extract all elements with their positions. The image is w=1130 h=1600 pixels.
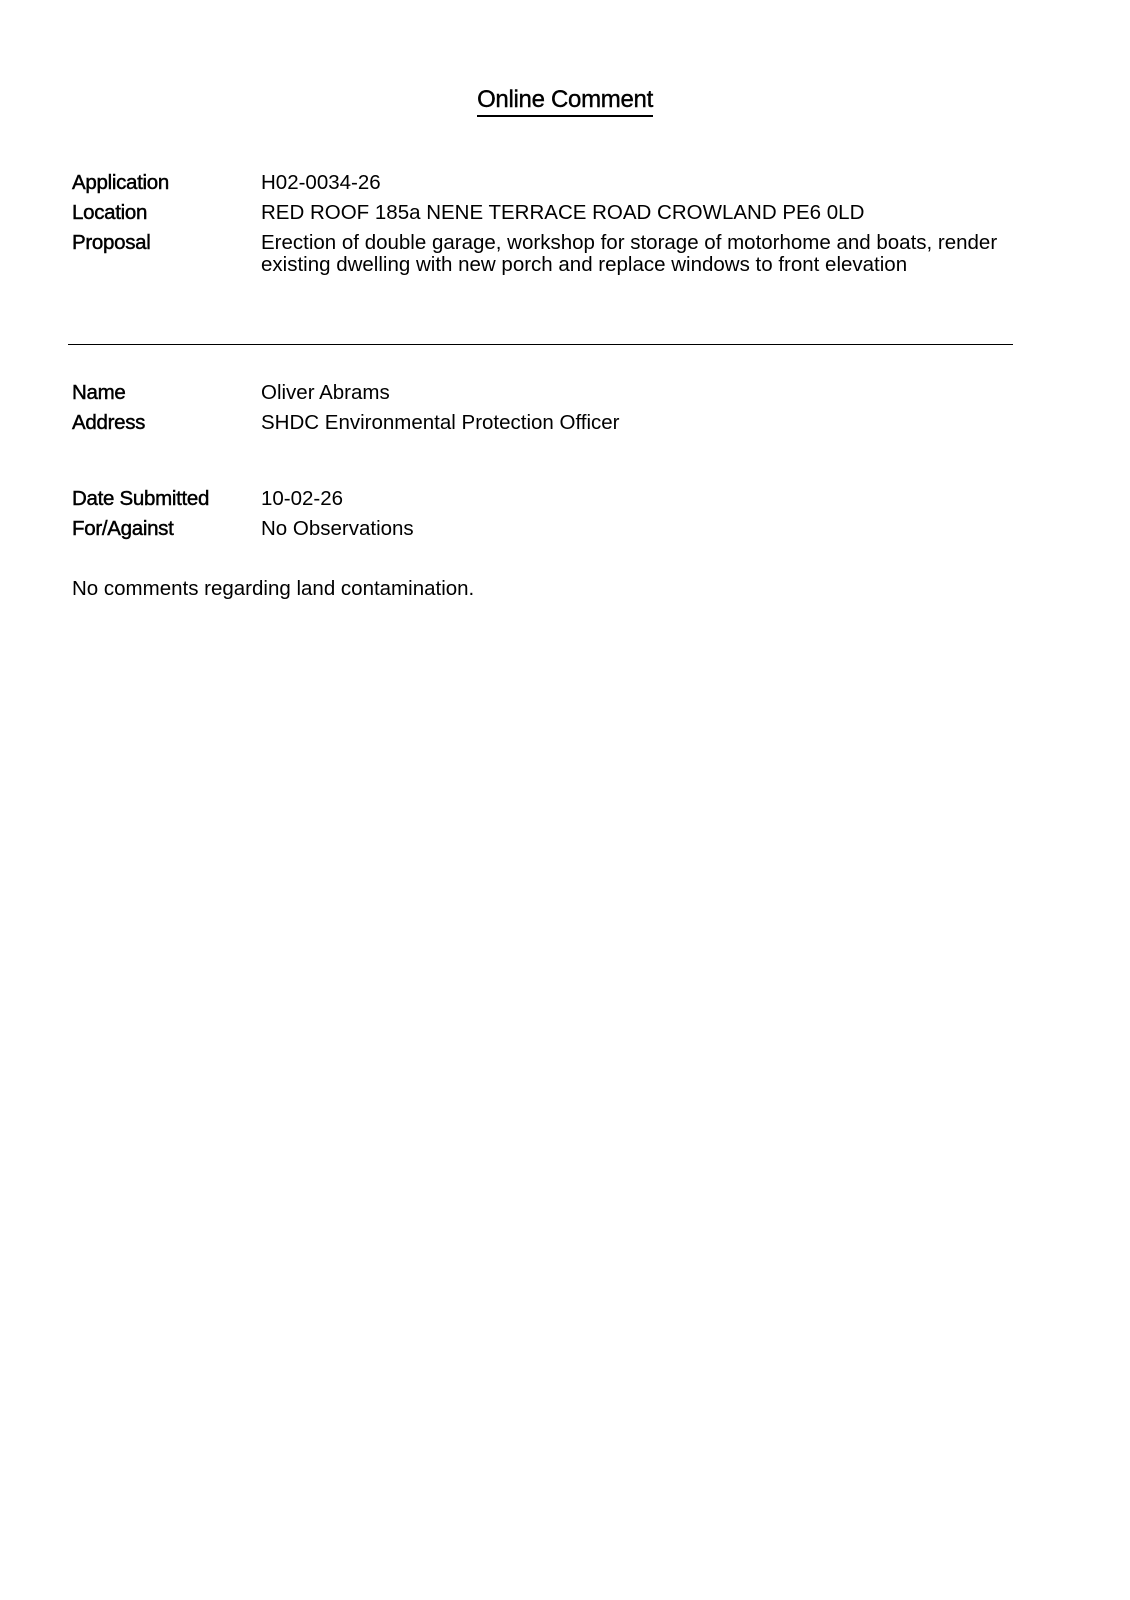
location-label: Location [72,198,261,228]
location-value: RED ROOF 185a NENE TERRACE ROAD CROWLAND… [261,198,1032,228]
name-label: Name [72,378,261,408]
address-value: SHDC Environmental Protection Officer [261,408,1032,438]
address-label: Address [72,408,261,438]
commenter-details: Name Oliver Abrams Address SHDC Environm… [72,378,1032,438]
document-title-text: Online Comment [477,86,653,117]
proposal-label: Proposal [72,228,261,258]
address-row: Address SHDC Environmental Protection Of… [72,408,1032,438]
application-value: H02-0034-26 [261,168,1032,198]
date-submitted-value: 10-02-26 [261,484,1032,514]
proposal-row: Proposal Erection of double garage, work… [72,228,1032,276]
for-against-value: No Observations [261,514,1032,544]
date-submitted-label: Date Submitted [72,484,261,514]
for-against-label: For/Against [72,514,261,544]
name-value: Oliver Abrams [261,378,1032,408]
document-title: Online Comment [0,86,1130,117]
comment-text: No comments regarding land contamination… [72,576,474,602]
location-row: Location RED ROOF 185a NENE TERRACE ROAD… [72,198,1032,228]
for-against-row: For/Against No Observations [72,514,1032,544]
name-row: Name Oliver Abrams [72,378,1032,408]
date-submitted-row: Date Submitted 10-02-26 [72,484,1032,514]
submission-details: Date Submitted 10-02-26 For/Against No O… [72,484,1032,544]
section-divider [68,344,1013,345]
proposal-value: Erection of double garage, workshop for … [261,228,1032,276]
application-label: Application [72,168,261,198]
application-row: Application H02-0034-26 [72,168,1032,198]
application-details: Application H02-0034-26 Location RED ROO… [72,168,1032,276]
